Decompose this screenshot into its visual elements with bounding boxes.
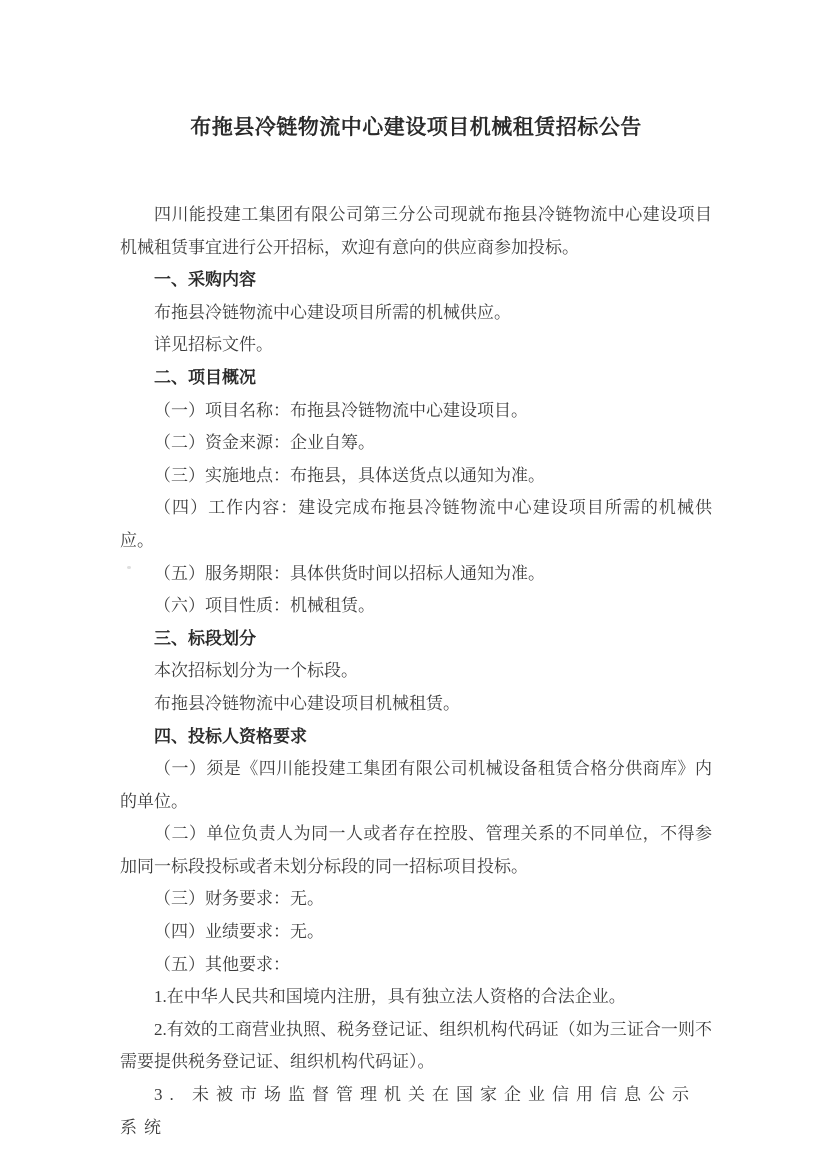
scanned-document-page: 布拖县冷链物流中心建设项目机械租赁招标公告 四川能投建工集团有限公司第三分公司现… xyxy=(0,0,826,1168)
document-body: 四川能投建工集团有限公司第三分公司现就布拖县冷链物流中心建设项目机械租赁事宜进行… xyxy=(120,199,712,1144)
document-paragraph: （四）业绩要求：无。 xyxy=(120,916,712,949)
document-paragraph: 详见招标文件。 xyxy=(120,329,712,362)
document-paragraph: （二）资金来源：企业自筹。 xyxy=(120,427,712,460)
section-heading-bid-sections: 三、标段划分 xyxy=(120,623,712,656)
section-heading-procurement-content: 一、采购内容 xyxy=(120,264,712,297)
document-paragraph: （三）实施地点：布拖县，具体送货点以通知为准。 xyxy=(120,460,712,493)
document-paragraph: 本次招标划分为一个标段。 xyxy=(120,655,712,688)
document-paragraph: （五）服务期限：具体供货时间以招标人通知为准。 xyxy=(120,558,712,591)
document-paragraph: （三）财务要求：无。 xyxy=(120,883,712,916)
document-paragraph: 2.有效的工商营业执照、税务登记证、组织机构代码证（如为三证合一则不需要提供税务… xyxy=(120,1014,712,1079)
document-content: 布拖县冷链物流中心建设项目机械租赁招标公告 四川能投建工集团有限公司第三分公司现… xyxy=(120,106,712,1144)
document-title: 布拖县冷链物流中心建设项目机械租赁招标公告 xyxy=(120,106,712,150)
document-paragraph: 1.在中华人民共和国境内注册，具有独立法人资格的合法企业。 xyxy=(120,981,712,1014)
section-heading-bidder-qualifications: 四、投标人资格要求 xyxy=(120,721,712,754)
document-paragraph: （五）其他要求： xyxy=(120,949,712,982)
document-paragraph: 布拖县冷链物流中心建设项目所需的机械供应。 xyxy=(120,297,712,330)
document-paragraph: （六）项目性质：机械租赁。 xyxy=(120,590,712,623)
document-paragraph: （四）工作内容：建设完成布拖县冷链物流中心建设项目所需的机械供应。 xyxy=(120,492,712,557)
intro-paragraph: 四川能投建工集团有限公司第三分公司现就布拖县冷链物流中心建设项目机械租赁事宜进行… xyxy=(120,199,712,264)
document-paragraph: （二）单位负责人为同一人或者存在控股、管理关系的不同单位，不得参加同一标段投标或… xyxy=(120,818,712,883)
document-paragraph: （一）须是《四川能投建工集团有限公司机械设备租赁合格分供商库》内的单位。 xyxy=(120,753,712,818)
document-paragraph: （一）项目名称：布拖县冷链物流中心建设项目。 xyxy=(120,395,712,428)
document-paragraph: 布拖县冷链物流中心建设项目机械租赁。 xyxy=(120,688,712,721)
section-heading-project-overview: 二、项目概况 xyxy=(120,362,712,395)
document-paragraph-truncated: 3. 未被市场监督管理机关在国家企业信用信息公示系统 xyxy=(120,1079,712,1144)
